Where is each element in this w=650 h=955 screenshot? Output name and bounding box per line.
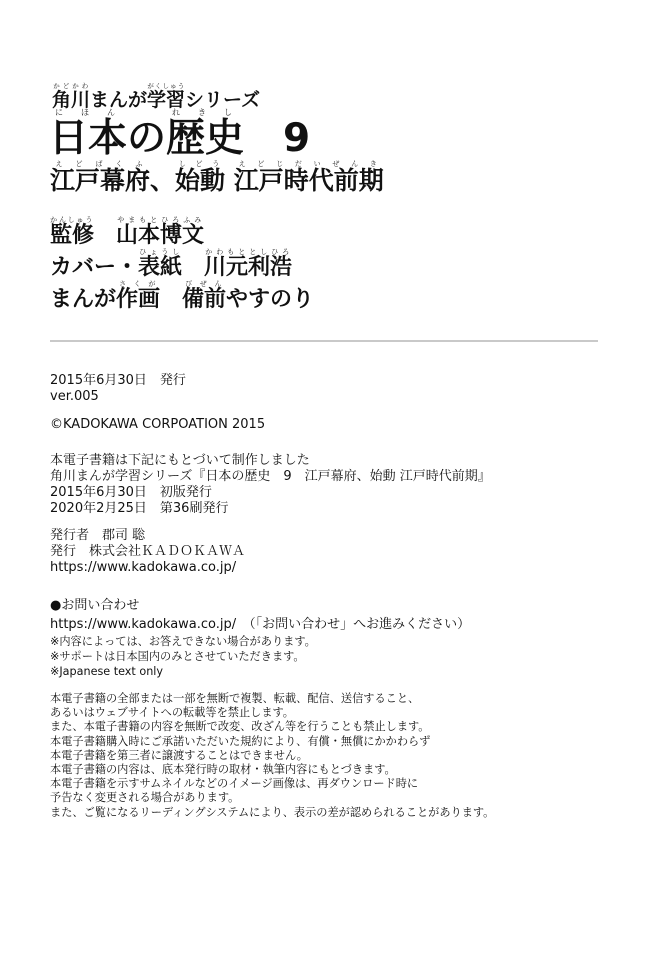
legal-line: 本電子書籍を示すサムネイルなどのイメージ画像は、再ダウンロード時に <box>50 777 494 791</box>
first-edition-date: 2015年6月30日 初版発行 <box>50 485 491 501</box>
credit-name: 山本博文やまもとひろふみ <box>116 223 204 248</box>
title-seg-2: 歴史れきし <box>166 116 244 161</box>
legal-line: また、ご覧になるリーディングシステムにより、表示の差が認められることがあります。 <box>50 806 494 820</box>
publisher-info: 発行者 郡司 聡 発行 株式会社ＫＡＤＯＫＡＷＡ https://www.kad… <box>50 528 245 576</box>
credit-role-prefix: まんが <box>50 287 116 312</box>
inquiry-note: ※内容によっては、お答えできない場合があります。 <box>50 634 470 649</box>
inquiry-note: ※Japanese text only <box>50 664 470 679</box>
legal-line: 本電子書籍を第三者に譲渡することはできません。 <box>50 749 494 763</box>
publisher-person: 発行者 郡司 聡 <box>50 528 245 544</box>
ruby: しどう <box>175 160 225 168</box>
ruby: えどばくふ <box>50 160 150 168</box>
subtitle-seg-1: 、 <box>150 166 175 195</box>
book-title: 日本にほんの歴史れきし 9 <box>49 108 310 162</box>
credit-supervisor: 監修かんしゅう山本博文やまもとひろふみ <box>50 216 204 249</box>
subtitle-seg-2: 始動しどう <box>175 166 225 195</box>
legal-line: 本電子書籍の全部または一部を無断で複製、転載、配信、送信すること、 <box>50 692 494 706</box>
subtitle-seg-4: 江戸時代前期えどじだいぜんき <box>234 166 384 195</box>
inquiry-url-link[interactable]: https://www.kadokawa.co.jp/ <box>50 617 236 632</box>
legal-line: また、本電子書籍の内容を無断で改変、改ざん等を行うことも禁止します。 <box>50 720 494 734</box>
subtitle-seg-0: 江戸幕府えどばくふ <box>50 166 150 195</box>
ruby: びぜん <box>182 280 226 288</box>
legal-line: 本電子書籍購入時にご承諾いただいた規約により、有償・無償にかかわらず <box>50 735 494 749</box>
credit-artist: まんが作画さくが備前びぜんやすのり <box>50 280 314 313</box>
legal-line: あるいはウェブサイトへの転載等を禁止します。 <box>50 706 494 720</box>
source-edition-info: 本電子書籍は下記にもとづいて制作しました 角川まんが学習シリーズ『日本の歴史 9… <box>50 453 491 517</box>
publisher-url-link[interactable]: https://www.kadokawa.co.jp/ <box>50 560 245 576</box>
ruby: かわもととしひろ <box>204 248 292 256</box>
title-volume: 9 <box>244 116 310 161</box>
title-seg-0: 日本にほん <box>49 116 127 161</box>
copyright-notice: ©KADOKAWA CORPOATION 2015 <box>50 417 265 433</box>
credit-cover: カバー・表紙ひょうし川元利浩かわもととしひろ <box>50 248 292 281</box>
legal-line: 本電子書籍の内容は、底本発行時の取材・執筆内容にもとづきます。 <box>50 763 494 777</box>
ruby: かどかわ <box>52 82 90 90</box>
inquiry-heading: ●お問い合わせ <box>50 598 470 614</box>
credit-role: 作画さくが <box>116 287 160 312</box>
legal-notice: 本電子書籍の全部または一部を無断で複製、転載、配信、送信すること、 あるいはウェ… <box>50 692 494 820</box>
ruby: かんしゅう <box>50 216 94 224</box>
ruby: やまもとひろふみ <box>116 216 204 224</box>
ruby: にほん <box>49 108 127 117</box>
ruby: がくしゅう <box>147 82 185 90</box>
legal-line: 予告なく変更される場合があります。 <box>50 791 494 805</box>
ruby: れきし <box>166 108 244 117</box>
copyright-text: ©KADOKAWA CORPOATION 2015 <box>50 417 265 433</box>
credit-role: 表紙ひょうし <box>138 255 182 280</box>
inquiry-section: ●お問い合わせ https://www.kadokawa.co.jp/ （「お問… <box>50 598 470 679</box>
publisher-company: 発行 株式会社ＫＡＤＯＫＡＷＡ <box>50 544 245 560</box>
title-seg-1: の <box>127 116 166 161</box>
issue-info: 2015年6月30日 発行 ver.005 <box>50 373 186 405</box>
divider <box>50 340 598 342</box>
ruby: えどじだいぜんき <box>234 160 384 168</box>
colophon-page: 角川かどかわまんが学習がくしゅうシリーズ 日本にほんの歴史れきし 9 江戸幕府え… <box>0 0 650 955</box>
printing-date: 2020年2月25日 第36刷発行 <box>50 501 491 517</box>
ruby: さくが <box>116 280 160 288</box>
inquiry-note: ※サポートは日本国内のみとさせていただきます。 <box>50 649 470 664</box>
credit-name-suffix: やすのり <box>226 287 314 312</box>
credit-role: 監修かんしゅう <box>50 223 94 248</box>
inquiry-url-note: （「お問い合わせ」へお進みください） <box>249 617 470 632</box>
inquiry-url-line: https://www.kadokawa.co.jp/ （「お問い合わせ」へお進… <box>50 617 470 633</box>
credit-role-prefix: カバー・ <box>50 255 138 280</box>
source-title: 角川まんが学習シリーズ『日本の歴史 9 江戸幕府、始動 江戸時代前期』 <box>50 469 491 485</box>
ruby: ひょうし <box>138 248 182 256</box>
book-subtitle: 江戸幕府えどばくふ、始動しどう 江戸時代前期えどじだいぜんき <box>50 160 384 196</box>
source-intro: 本電子書籍は下記にもとづいて制作しました <box>50 453 491 469</box>
credit-name: 備前びぜん <box>182 287 226 312</box>
credit-name: 川元利浩かわもととしひろ <box>204 255 292 280</box>
subtitle-seg-3 <box>225 166 234 195</box>
inquiry-notes: ※内容によっては、お答えできない場合があります。 ※サポートは日本国内のみとさせ… <box>50 634 470 679</box>
version: ver.005 <box>50 389 186 405</box>
issue-date: 2015年6月30日 発行 <box>50 373 186 389</box>
